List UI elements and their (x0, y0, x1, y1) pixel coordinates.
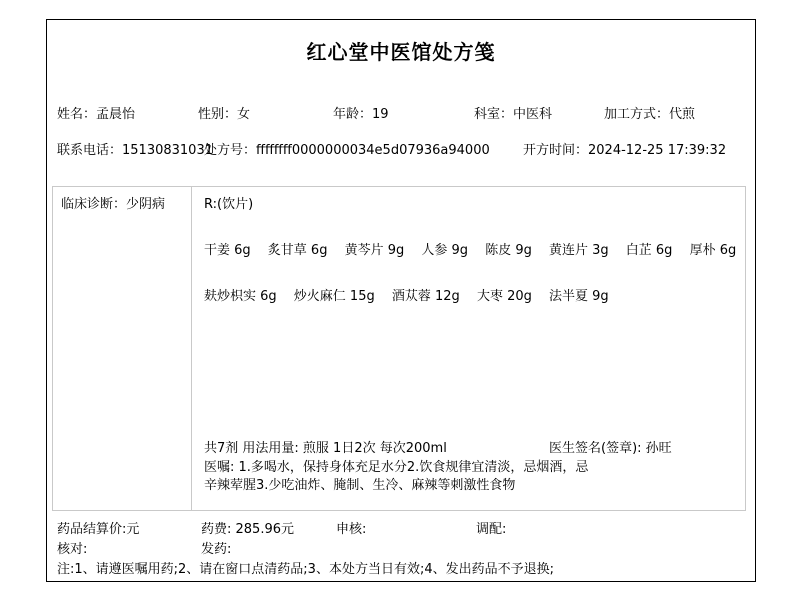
patient-processing-value: 代煎 (669, 107, 695, 122)
settlement-price: 药品结算价:元 (57, 522, 139, 538)
issue-time-value: 2024-12-25 17:39:32 (588, 143, 726, 158)
patient-age-label: 年龄： (333, 107, 372, 122)
diagnosis-label: 临床诊断： (61, 197, 126, 212)
rx-cell: R:(饮片) 干姜 6g 炙甘草 6g 黄芩片 9g 人参 9g 陈皮 9g 黄… (192, 187, 745, 510)
medicine-item: 麸炒枳实 6g (204, 289, 277, 304)
usage-text: 共7剂 用法用量: 煎服 1日2次 每次200ml (204, 441, 447, 457)
settlement-price-value: 元 (126, 522, 139, 537)
footer-note: 注:1、请遵医嘱用药;2、请在窗口点清药品;3、本处方当日有效;4、发出药品不予… (57, 562, 554, 578)
medicine-item: 人参 9g (421, 243, 468, 258)
doctor-signature: 医生签名(签章): 孙旺 (549, 441, 672, 457)
patient-phone-value: 15130831031 (122, 143, 213, 158)
medicine-line-1: 干姜 6g 炙甘草 6g 黄芩片 9g 人参 9g 陈皮 9g 黄连片 3g 白… (204, 243, 749, 259)
diagnosis-value: 少阴病 (126, 197, 165, 212)
allocation-field: 调配: (476, 522, 506, 538)
check-field: 核对: (57, 542, 87, 558)
settlement-price-label: 药品结算价: (57, 522, 126, 537)
patient-department-value: 中医科 (513, 107, 552, 122)
rx-number-value: ffffffff0000000034e5d07936a94000 (256, 143, 490, 158)
audit-field: 申核: (336, 522, 366, 538)
patient-name-label: 姓名： (57, 107, 96, 122)
patient-department-label: 科室： (474, 107, 513, 122)
patient-field-phone: 联系电话：15130831031 (57, 143, 213, 159)
patient-field-age: 年龄：19 (333, 107, 389, 123)
diagnosis-cell: 临床诊断：少阴病 (53, 187, 192, 510)
page-title: 红心堂中医馆处方笺 (47, 36, 755, 65)
medical-advice-line-2: 辛辣荤腥3.少吃油炸、腌制、生冷、麻辣等刺激性食物 (204, 477, 515, 495)
medicine-line-2: 麸炒枳实 6g 炒火麻仁 15g 酒苁蓉 12g 大枣 20g 法半夏 9g (204, 289, 622, 305)
dispense-label: 发药: (201, 542, 231, 557)
medicine-item: 黄连片 3g (549, 243, 609, 258)
rx-header: R:(饮片) (204, 197, 253, 213)
medicine-item: 厚朴 6g (690, 243, 737, 258)
patient-processing-label: 加工方式： (604, 107, 669, 122)
medicine-item: 陈皮 9g (485, 243, 532, 258)
audit-label: 申核: (336, 522, 366, 537)
patient-gender-label: 性别： (198, 107, 237, 122)
medical-advice-line-1: 医嘱: 1.多喝水，保持身体充足水分2.饮食规律宜清淡，忌烟酒，忌 (204, 459, 588, 477)
drug-fee-label: 药费: (201, 522, 236, 537)
check-label: 核对: (57, 542, 87, 557)
prescription-sheet: 红心堂中医馆处方笺 姓名：孟晨怡 性别：女 年龄：19 科室：中医科 加工方式：… (46, 19, 756, 582)
patient-field-gender: 性别：女 (198, 107, 250, 123)
drug-fee: 药费: 285.96元 (201, 522, 294, 538)
patient-name-value: 孟晨怡 (96, 107, 135, 122)
medicine-item: 大枣 20g (477, 289, 532, 304)
patient-age-value: 19 (372, 107, 389, 122)
prescription-table: 临床诊断：少阴病 R:(饮片) 干姜 6g 炙甘草 6g 黄芩片 9g 人参 9… (52, 186, 746, 511)
screenshot-stage: 红心堂中医馆处方笺 姓名：孟晨怡 性别：女 年龄：19 科室：中医科 加工方式：… (0, 0, 800, 600)
drug-fee-value: 285.96元 (236, 522, 295, 537)
doctor-signature-label: 医生签名(签章): (549, 441, 646, 456)
patient-field-rx-number: 处方号：ffffffff0000000034e5d07936a94000 (204, 143, 490, 159)
medicine-item: 黄芩片 9g (345, 243, 405, 258)
patient-field-name: 姓名：孟晨怡 (57, 107, 135, 123)
patient-phone-label: 联系电话： (57, 143, 122, 158)
patient-field-issue-time: 开方时间：2024-12-25 17:39:32 (523, 143, 726, 159)
patient-gender-value: 女 (237, 107, 250, 122)
medicine-item: 白芷 6g (626, 243, 673, 258)
patient-field-processing: 加工方式：代煎 (604, 107, 695, 123)
allocation-label: 调配: (476, 522, 506, 537)
doctor-signature-value: 孙旺 (646, 441, 672, 456)
patient-field-department: 科室：中医科 (474, 107, 552, 123)
medicine-item: 炒火麻仁 15g (294, 289, 375, 304)
dispense-field: 发药: (201, 542, 231, 558)
medicine-item: 干姜 6g (204, 243, 251, 258)
medicine-item: 炙甘草 6g (268, 243, 328, 258)
issue-time-label: 开方时间： (523, 143, 588, 158)
medicine-item: 酒苁蓉 12g (392, 289, 460, 304)
rx-number-label: 处方号： (204, 143, 256, 158)
medicine-item: 法半夏 9g (549, 289, 609, 304)
